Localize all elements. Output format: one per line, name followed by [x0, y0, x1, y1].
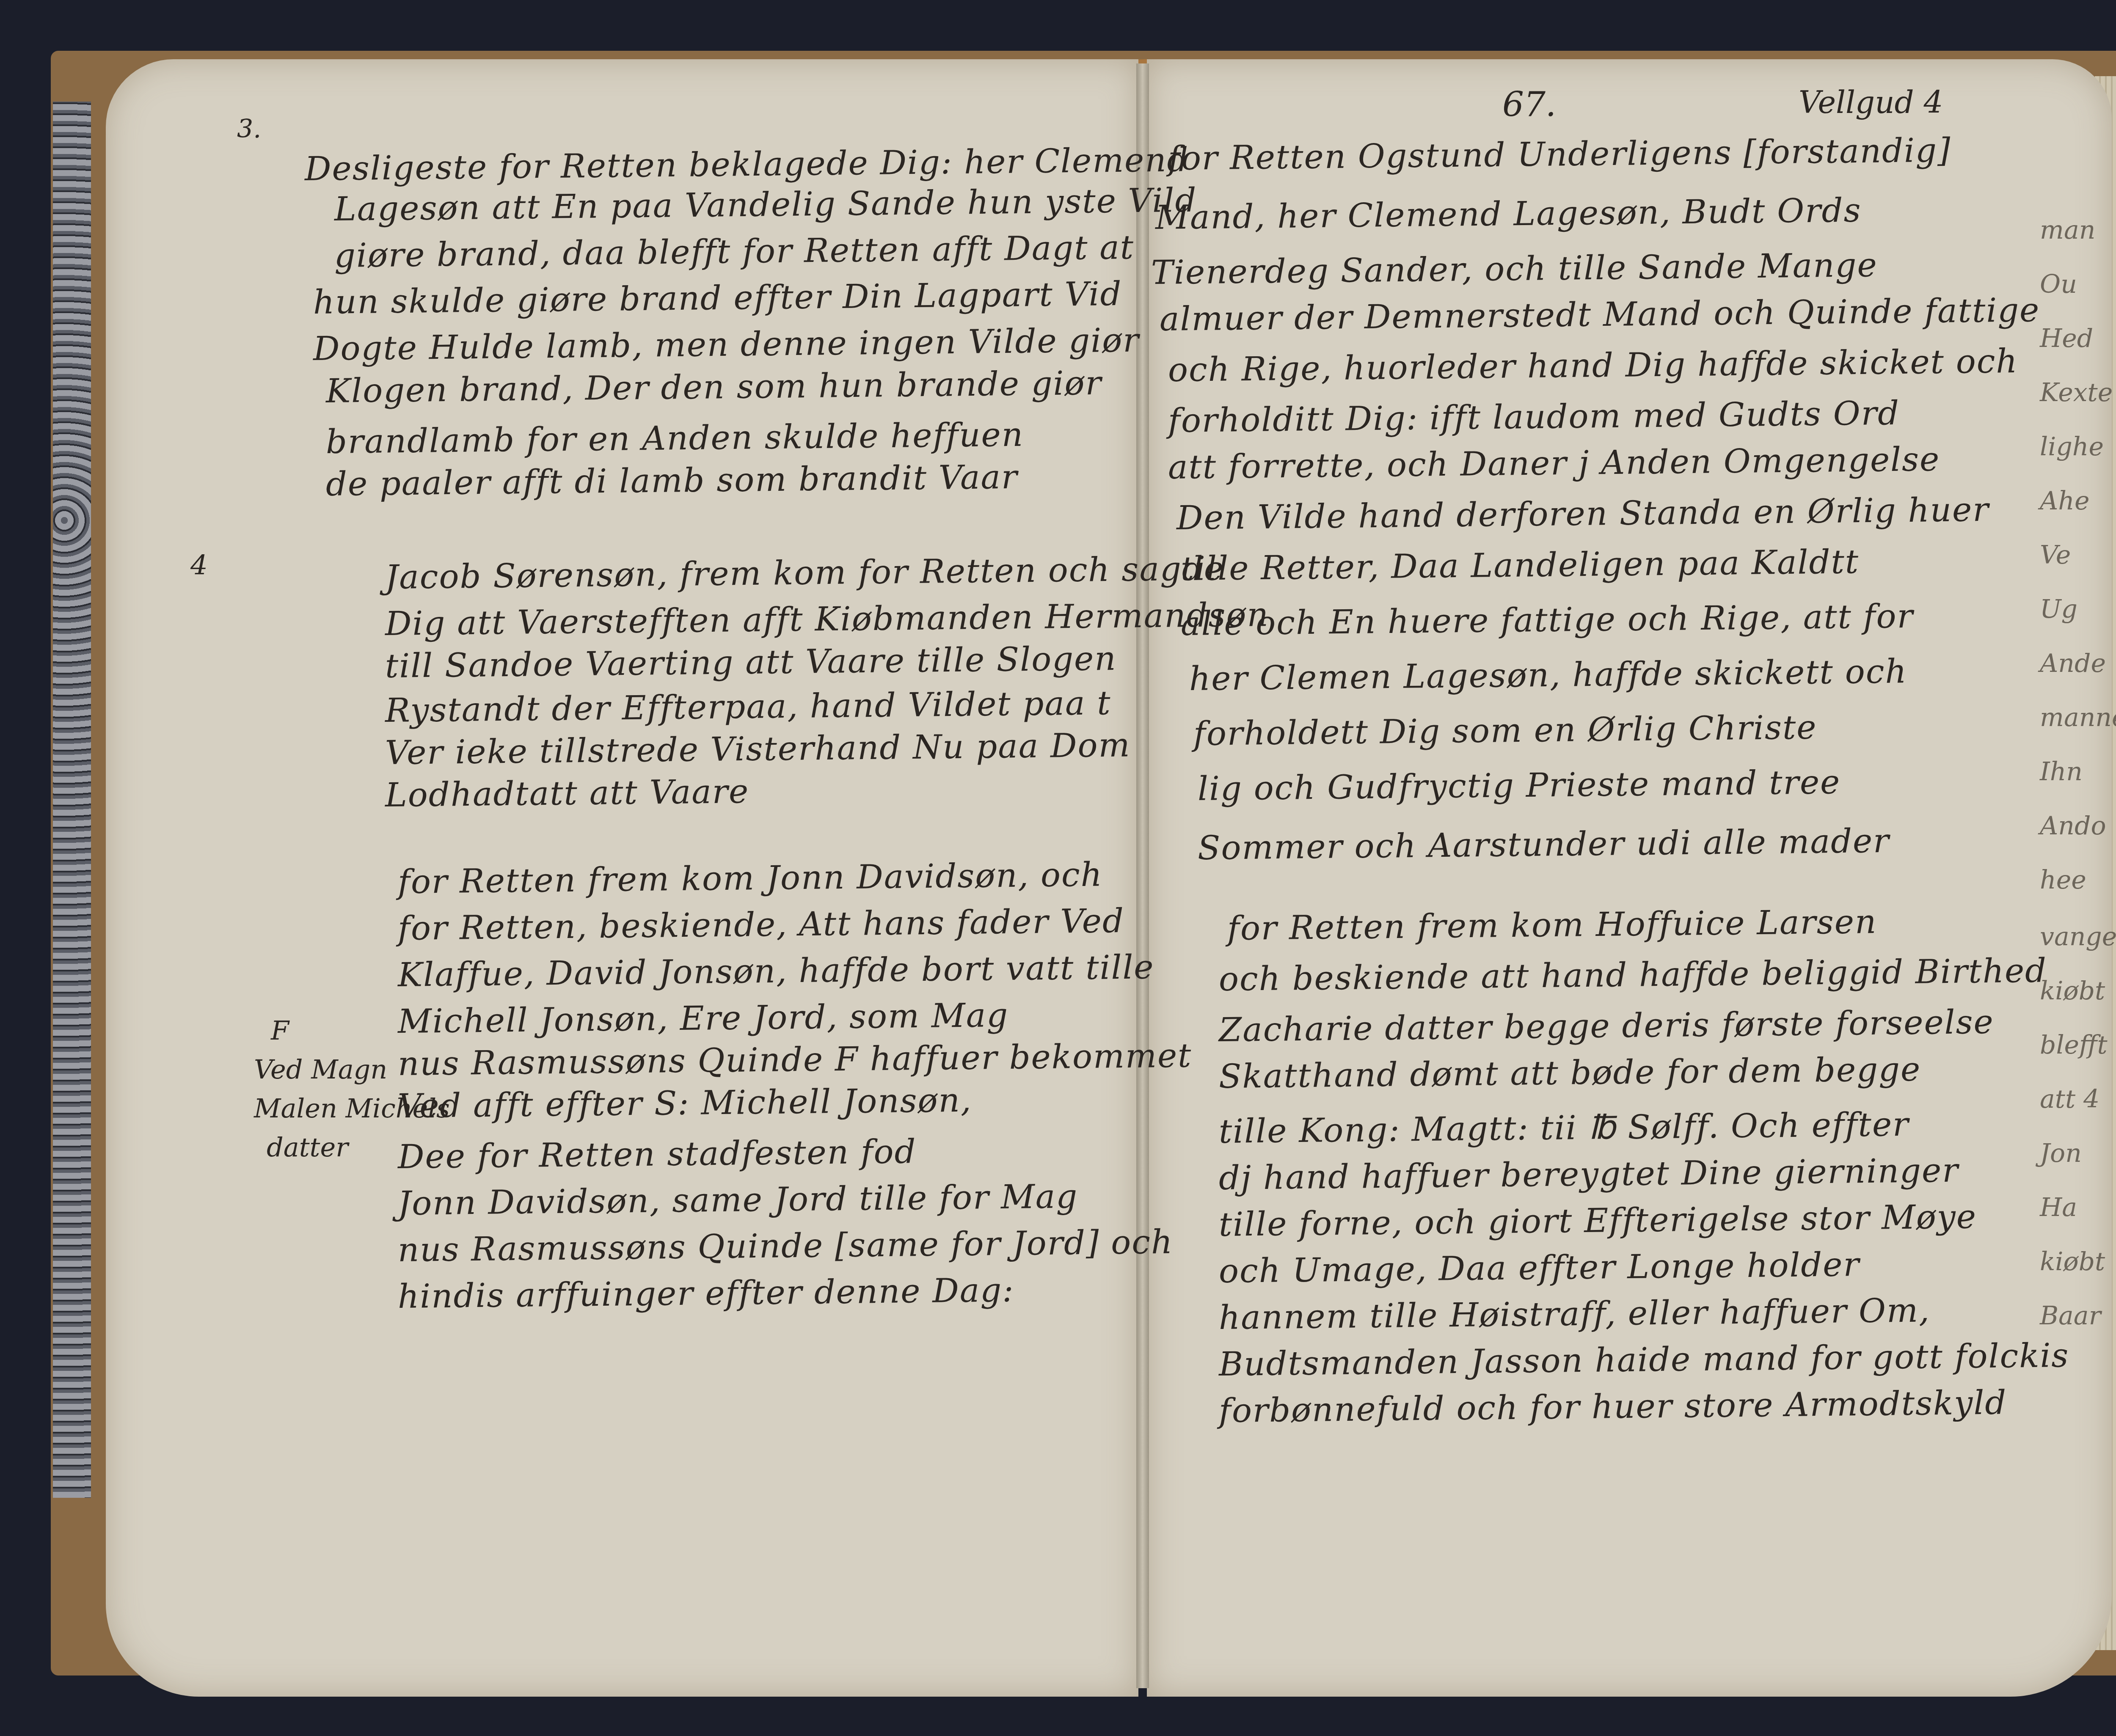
edge-fragment: Ve	[2040, 528, 2116, 582]
edge-fragment: vangeldi	[2040, 910, 2116, 964]
edge-fragment: hee	[2040, 853, 2116, 907]
text-line: Sommer och Aarstunder udi alle mader	[1198, 822, 1890, 867]
text-line: hannem tille Høistraff, eller haffuer Om…	[1219, 1291, 1931, 1337]
text-line: for Retten frem kom Hoffuice Larsen	[1227, 903, 1877, 948]
edge-fragment: Ug	[2040, 582, 2116, 636]
edge-fragment: Ha	[2040, 1180, 2116, 1235]
folio-number: 67.	[1502, 85, 1556, 124]
text-line: for Retten, beskiende, Att hans fader Ve…	[398, 902, 1125, 948]
text-line: de paaler afft di lamb som brandit Vaar	[326, 458, 1018, 503]
text-line: Klogen brand, Der den som hun brande giø…	[326, 364, 1102, 410]
edge-fragment: kiøbt	[2040, 964, 2116, 1018]
text-line: till Sandoe Vaerting att Vaare tille Slo…	[385, 640, 1117, 685]
edge-fragment: Ando	[2040, 799, 2116, 853]
edge-fragment: kiøbt	[2040, 1235, 2116, 1289]
edge-fragment: Hed	[2040, 311, 2116, 366]
edge-fragment: Ande	[2040, 636, 2116, 691]
text-line: Skatthand dømt att bøde for dem begge	[1219, 1051, 1921, 1096]
text-line: forholdett Dig som en Ørlig Christe	[1193, 709, 1817, 753]
edge-fragment: Ihn	[2040, 745, 2116, 799]
edge-fragment: manne	[2040, 691, 2116, 745]
text-line: Dee for Retten stadfesten fod	[398, 1133, 917, 1176]
marbled-cover-left	[53, 102, 91, 1498]
edge-fragment: Baar	[2040, 1289, 2116, 1343]
text-line: lig och Gudfryctig Prieste mand tree	[1198, 763, 1841, 808]
left-corner-mark: 3.	[237, 114, 261, 144]
text-line: Zacharie datter begge deris første forse…	[1219, 1003, 1995, 1049]
text-line: att forrette, och Daner j Anden Omgengel…	[1168, 440, 1940, 487]
edge-fragments-column-1: man Ou Hed Kexte lighe Ahe Ve Ug Ande ma…	[2040, 203, 2116, 907]
edge-fragment: Ahe	[2040, 474, 2116, 528]
edge-fragment: man	[2040, 203, 2116, 257]
edge-fragment: Kexte	[2040, 366, 2116, 420]
edge-fragment: att 4	[2040, 1072, 2116, 1126]
text-line: Tienerdeg Sander, och tille Sande Mange	[1151, 246, 1878, 292]
text-line: tille Retter, Daa Landeligen paa Kaldtt	[1181, 543, 1860, 588]
text-line: Jonn Davidsøn, same Jord tille for Mag	[398, 1178, 1078, 1223]
text-line: nus Rasmussøns Quinde [same for Jord] oc…	[398, 1223, 1174, 1269]
text-line: dj hand haffuer bereygtet Dine gierninge…	[1219, 1152, 1959, 1197]
text-line: Rystandt der Effterpaa, hand Vildet paa …	[385, 684, 1111, 730]
text-line: alle och En huere fattige och Rige, att …	[1181, 597, 1914, 643]
text-line: tille forne, och giort Effterigelse stor…	[1219, 1198, 1977, 1244]
text-line: Klaffue, David Jonsøn, haffde bort vatt …	[398, 948, 1154, 994]
text-line: for Retten frem kom Jonn Davidsøn, och	[398, 856, 1103, 901]
text-line: Ved afft effter S: Michell Jonsøn,	[398, 1081, 972, 1125]
text-line: och Umage, Daa effter Longe holder	[1219, 1246, 1860, 1290]
text-line: hindis arffuinger effter denne Dag:	[398, 1271, 1014, 1316]
text-line: tille Kong: Magtt: tii ℔ Sølff. Och efft…	[1219, 1106, 1909, 1151]
text-line: Mand, her Clemend Lagesøn, Budt Ords	[1155, 192, 1862, 237]
text-line: Lodhadtatt att Vaare	[385, 773, 749, 814]
book-gutter	[1136, 63, 1149, 1688]
edge-fragment: lighe	[2040, 420, 2116, 474]
header-note: Vellgud 4	[1799, 85, 1943, 120]
left-margin-mark: 4	[190, 550, 208, 581]
edge-fragment: blefft	[2040, 1018, 2116, 1072]
text-line: Michell Jonsøn, Ere Jord, som Mag	[398, 996, 1009, 1041]
edge-fragment: Jon	[2040, 1126, 2116, 1180]
text-line: forholditt Dig: ifft laudom med Gudts Or…	[1168, 394, 1900, 440]
edge-fragment: Ou	[2040, 257, 2116, 311]
text-line: Ver ieke tillstrede Visterhand Nu paa Do…	[385, 726, 1131, 772]
text-line: her Clemen Lagesøn, haffde skickett och	[1189, 652, 1908, 698]
text-line: brandlamb for en Anden skulde heffuen	[326, 416, 1024, 461]
edge-fragments-column-2: vangeldi kiøbt blefft att 4 Jon Ha kiøbt…	[2040, 910, 2116, 1343]
